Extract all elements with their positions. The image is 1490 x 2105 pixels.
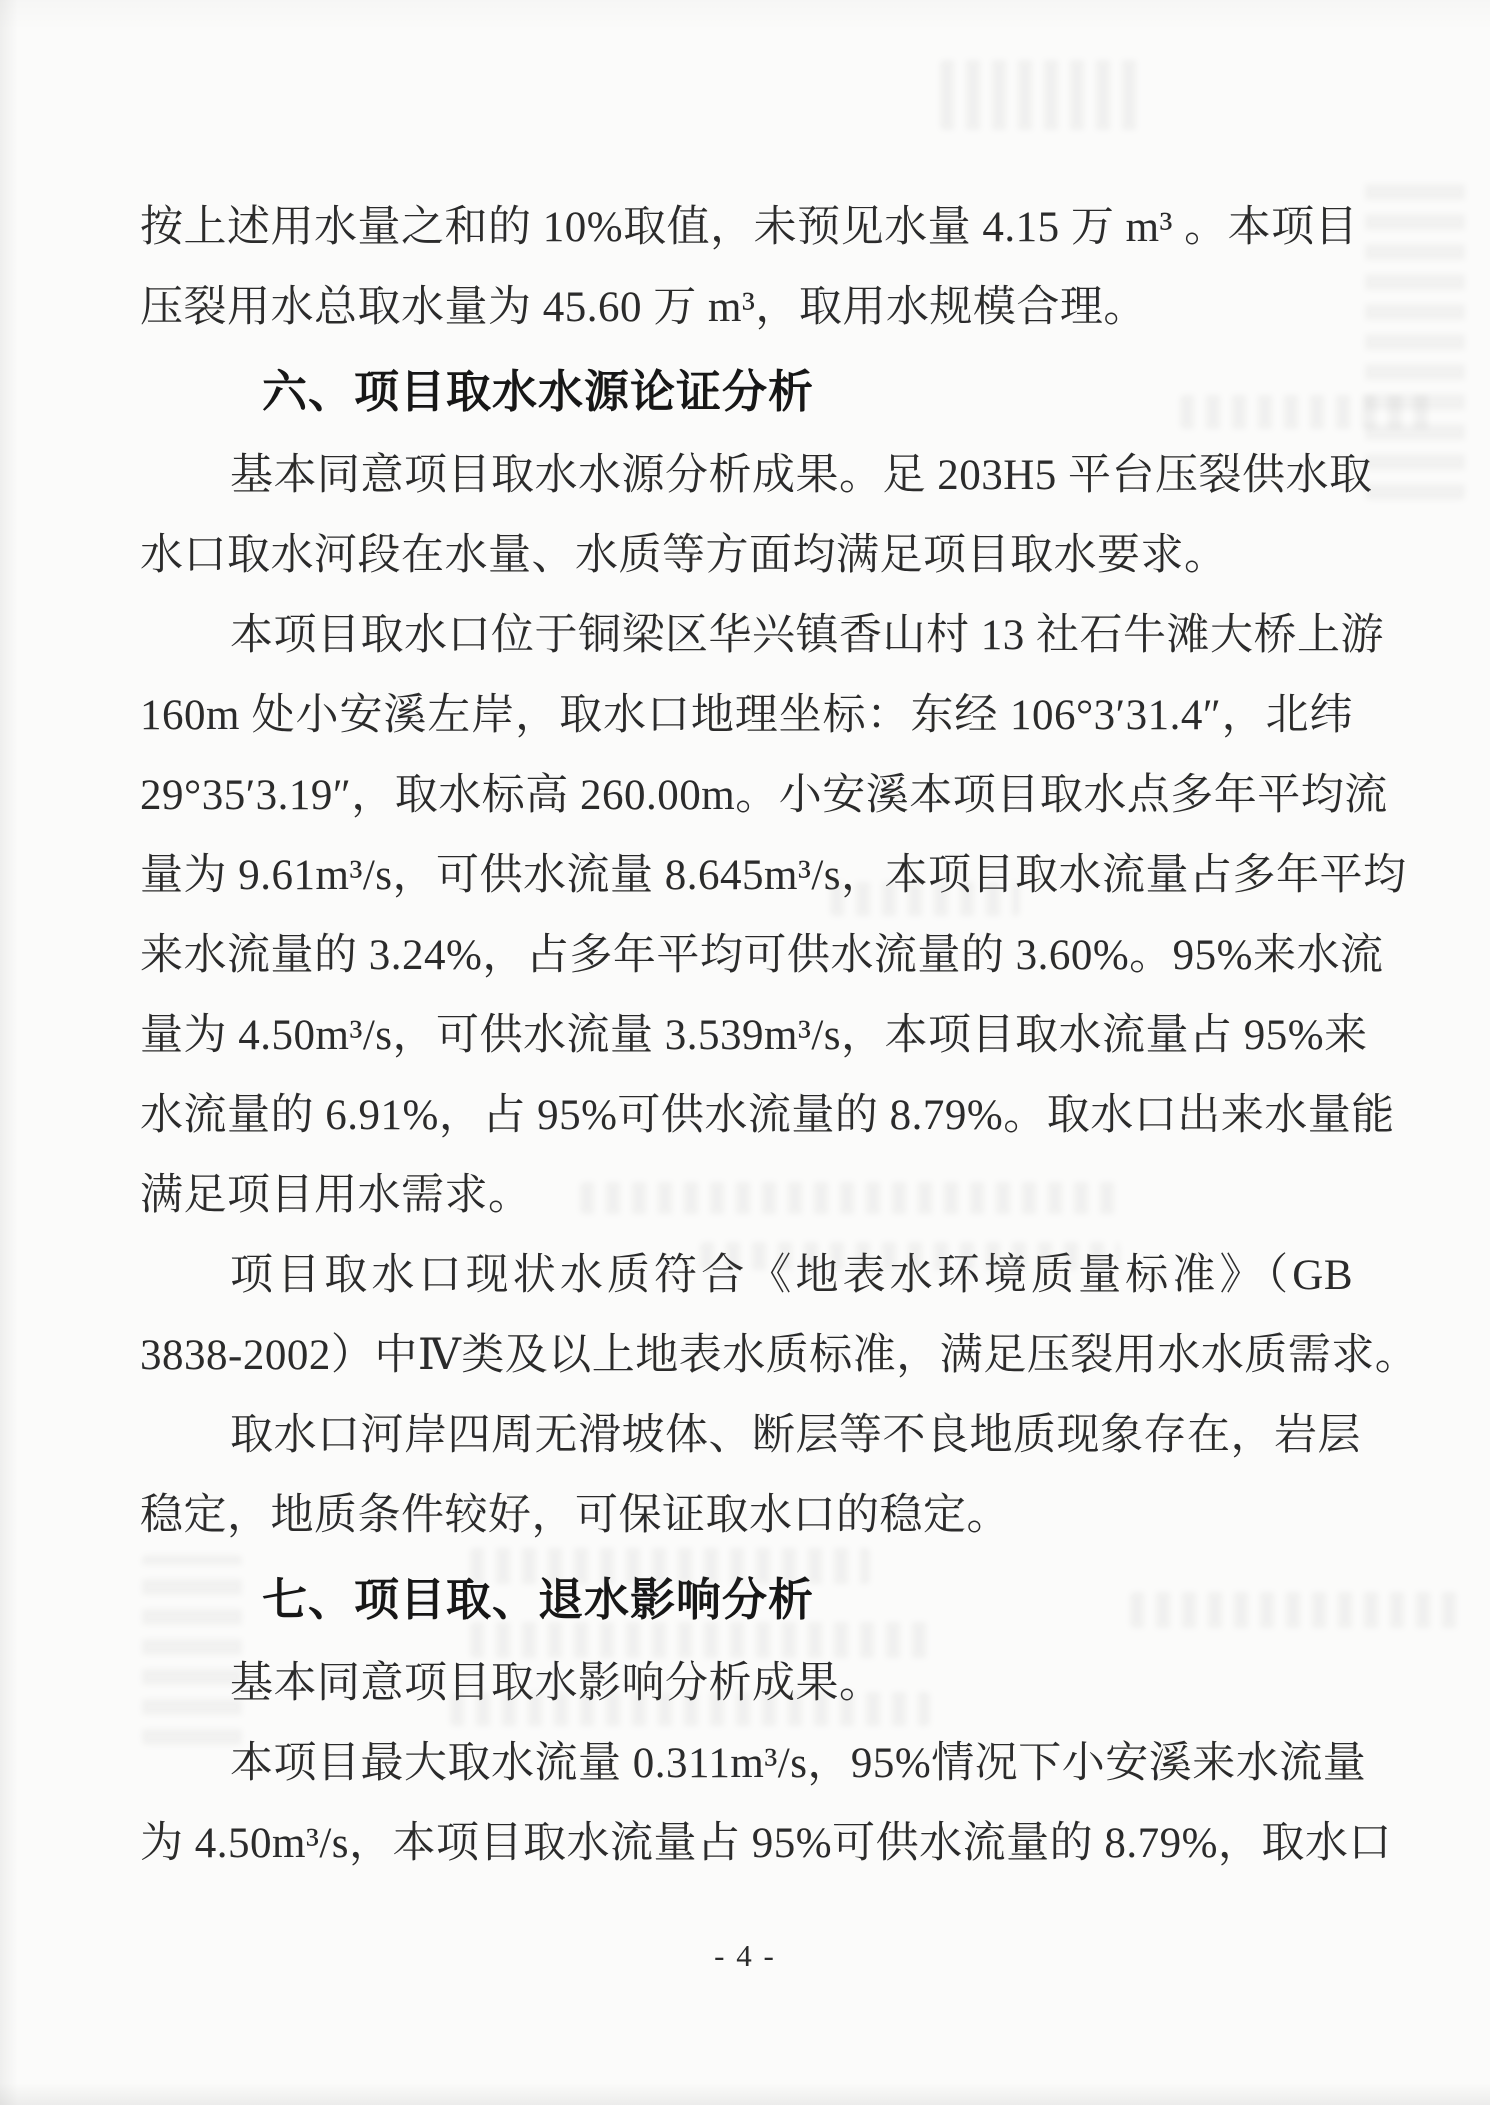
body-line: 按上述用水量之和的 10%取值，未预见水量 4.15 万 m³ 。本项目 — [140, 188, 1353, 268]
bleed-through-artifact — [1365, 170, 1465, 500]
body-line: 稳定，地质条件较好，可保证取水口的稳定。 — [140, 1476, 1353, 1556]
body-line: 水口取水河段在水量、水质等方面均满足项目取水要求。 — [140, 516, 1353, 596]
document-page: 按上述用水量之和的 10%取值，未预见水量 4.15 万 m³ 。本项目 压裂用… — [0, 0, 1490, 2105]
body-line: 水流量的 6.91%，占 95%可供水流量的 8.79%。取水口出来水量能 — [140, 1076, 1353, 1156]
body-line: 本项目取水口位于铜梁区华兴镇香山村 13 社石牛滩大桥上游 — [140, 596, 1353, 676]
section-heading-seven: 七、项目取、退水影响分析 — [140, 1556, 1353, 1644]
body-line: 基本同意项目取水影响分析成果。 — [140, 1644, 1353, 1724]
document-body: 按上述用水量之和的 10%取值，未预见水量 4.15 万 m³ 。本项目 压裂用… — [140, 188, 1353, 1884]
body-line: 29°35′3.19″，取水标高 260.00m。小安溪本项目取水点多年平均流 — [140, 756, 1353, 836]
body-line: 量为 4.50m³/s，可供水流量 3.539m³/s，本项目取水流量占 95%… — [140, 996, 1353, 1076]
body-line: 本项目最大取水流量 0.311m³/s，95%情况下小安溪来水流量 — [140, 1724, 1353, 1804]
body-line: 项目取水口现状水质符合《地表水环境质量标准》（GB — [140, 1236, 1353, 1316]
body-line: 为 4.50m³/s，本项目取水流量占 95%可供水流量的 8.79%，取水口 — [140, 1804, 1353, 1884]
page-number: - 4 - — [0, 1938, 1490, 1974]
body-line: 取水口河岸四周无滑坡体、断层等不良地质现象存在，岩层 — [140, 1396, 1353, 1476]
body-line: 3838-2002）中Ⅳ类及以上地表水质标准，满足压裂用水水质需求。 — [140, 1316, 1353, 1396]
body-line: 来水流量的 3.24%，占多年平均可供水流量的 3.60%。95%来水流 — [140, 916, 1353, 996]
body-line: 满足项目用水需求。 — [140, 1156, 1353, 1236]
section-heading-six: 六、项目取水水源论证分析 — [140, 348, 1353, 436]
body-line: 量为 9.61m³/s，可供水流量 8.645m³/s，本项目取水流量占多年平均 — [140, 836, 1353, 916]
body-line: 基本同意项目取水水源分析成果。足 203H5 平台压裂供水取 — [140, 436, 1353, 516]
body-line: 压裂用水总取水量为 45.60 万 m³，取用水规模合理。 — [140, 268, 1353, 348]
bleed-through-artifact — [940, 60, 1140, 130]
body-line: 160m 处小安溪左岸，取水口地理坐标：东经 106°3′31.4″，北纬 — [140, 676, 1353, 756]
